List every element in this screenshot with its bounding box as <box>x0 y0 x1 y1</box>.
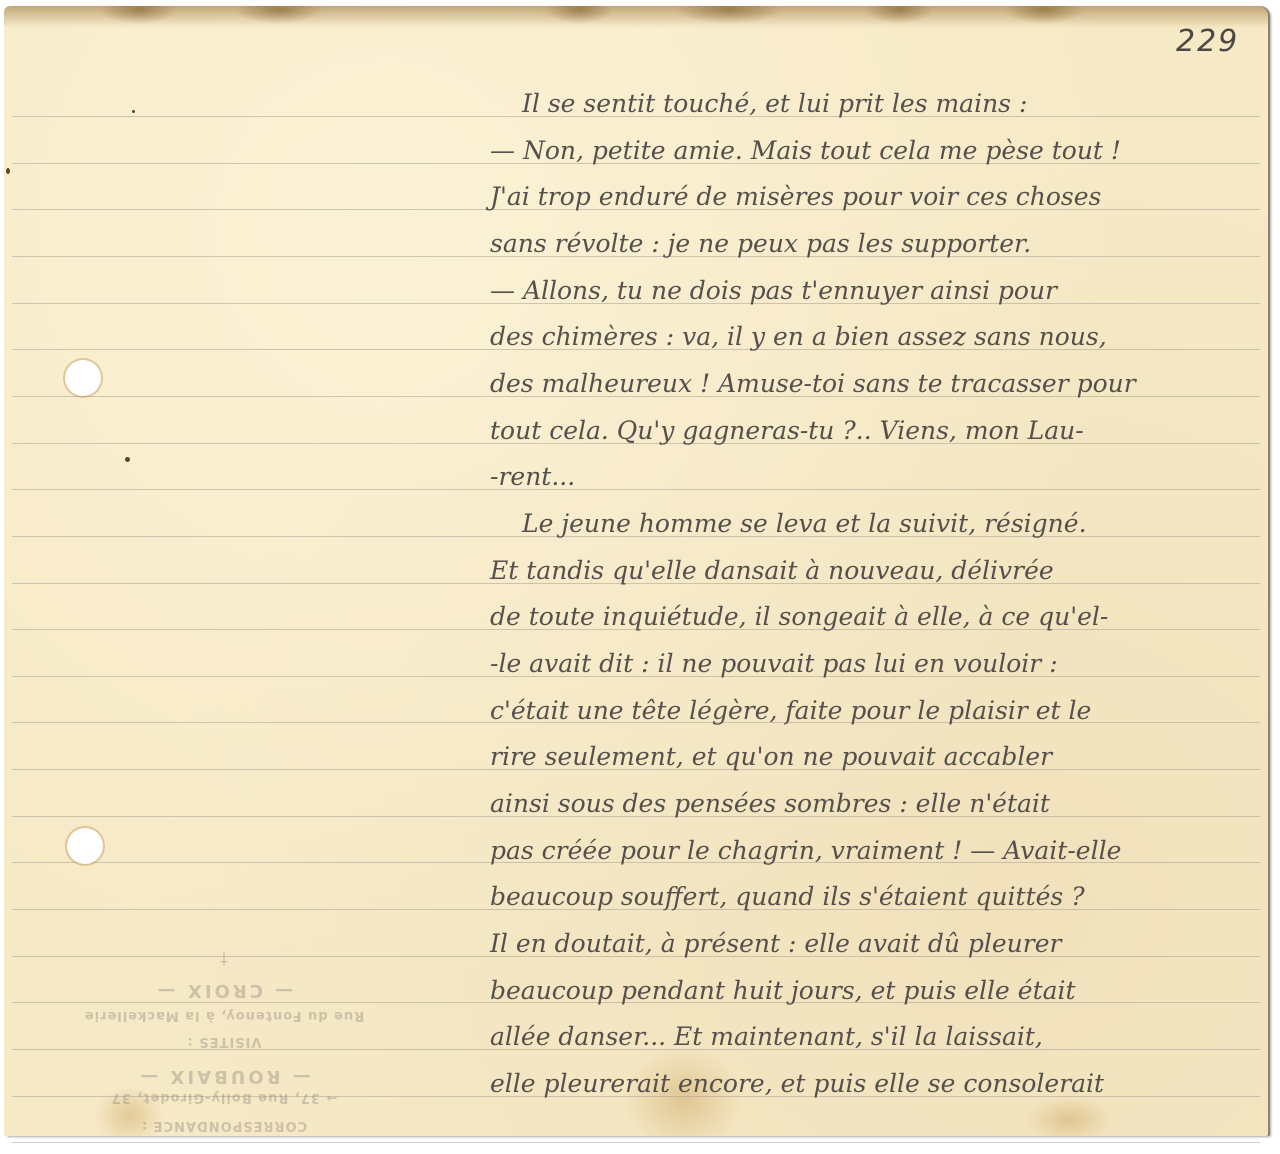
ruled-line <box>12 489 1260 490</box>
handwritten-line: — Non, petite amie. Mais tout cela me pè… <box>490 138 1121 163</box>
handwritten-line: -le avait dit : il ne pouvait pas lui en… <box>490 651 1058 676</box>
stamp-line: — ROUBAIX — <box>64 1066 384 1087</box>
handwritten-line: des chimères : va, il y en a bien assez … <box>490 324 1107 349</box>
top-edge-stain <box>4 6 1268 28</box>
handwritten-line: sans révolte : je ne peux pas les suppor… <box>490 231 1031 256</box>
stain-blot <box>544 6 614 24</box>
manuscript-page: CORRESPONDANCE : → 37, Rue Boily-Girodet… <box>4 6 1268 1136</box>
water-stain <box>1024 1096 1114 1136</box>
ink-speck <box>125 457 130 462</box>
handwritten-line: rire seulement, et qu'on ne pouvait acca… <box>490 744 1052 769</box>
handwritten-line: beaucoup souffert, quand ils s'étaient q… <box>490 884 1085 909</box>
letterhead-stamp-upside-down: CORRESPONDANCE : → 37, Rue Boily-Girodet… <box>64 941 384 1141</box>
handwritten-line: Et tandis qu'elle dansait à nouveau, dél… <box>490 558 1054 583</box>
stain-blot <box>674 6 784 24</box>
handwritten-line: allée danser... Et maintenant, s'il la l… <box>490 1024 1043 1049</box>
punch-hole-upper <box>65 360 101 396</box>
stain-blot <box>99 6 179 24</box>
stain-blot <box>1004 6 1084 24</box>
stain-blot <box>864 6 934 24</box>
handwritten-line: elle pleurerait encore, et puis elle se … <box>490 1071 1104 1096</box>
handwritten-line: Il en doutait, à présent : elle avait dû… <box>490 931 1061 956</box>
punch-hole-lower <box>67 828 103 864</box>
handwritten-line: J'ai trop enduré de misères pour voir ce… <box>490 184 1101 209</box>
handwritten-line: c'était une tête légère, faite pour le p… <box>490 698 1091 723</box>
ruled-line <box>12 1142 1260 1143</box>
stamp-line: † <box>64 950 384 969</box>
stamp-line: VISITES : <box>64 1034 384 1049</box>
handwritten-line: de toute inquiétude, il songeait à elle,… <box>490 604 1108 629</box>
handwritten-line: Il se sentit touché, et lui prit les mai… <box>522 91 1027 116</box>
handwritten-line: tout cela. Qu'y gagneras-tu ?.. Viens, m… <box>490 418 1084 443</box>
handwritten-line: des malheureux ! Amuse-toi sans te traca… <box>490 371 1136 396</box>
stamp-line: — CROIX — <box>64 980 384 1001</box>
stain-blot <box>234 6 324 24</box>
handwritten-line: -rent... <box>490 464 575 489</box>
stamp-line: → 37, Rue Boily-Girodet, 37 <box>64 1090 384 1105</box>
stamp-line: CORRESPONDANCE : <box>64 1118 384 1133</box>
handwritten-line: ainsi sous des pensées sombres : elle n'… <box>490 791 1050 816</box>
page-number: 229 <box>1176 24 1239 59</box>
stamp-line: Rue du Fontenoy, à la Mackellerie <box>64 1008 384 1023</box>
ink-speck <box>132 110 135 113</box>
handwritten-line: beaucoup pendant huit jours, et puis ell… <box>490 978 1076 1003</box>
ink-speck <box>6 168 10 174</box>
handwritten-line: pas créée pour le chagrin, vraiment ! — … <box>490 838 1121 863</box>
handwritten-line: Le jeune homme se leva et la suivit, rés… <box>522 511 1087 536</box>
handwritten-line: — Allons, tu ne dois pas t'ennuyer ainsi… <box>490 278 1057 303</box>
